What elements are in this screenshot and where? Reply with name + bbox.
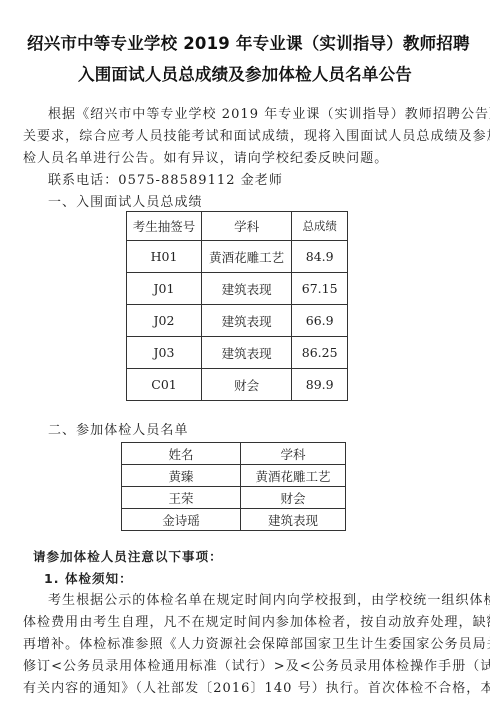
cell-score: 86.25 — [292, 337, 348, 369]
cell-subject: 建筑表现 — [202, 305, 292, 337]
cell-subject: 黄酒花雕工艺 — [240, 465, 345, 487]
header-subject: 学科 — [240, 443, 345, 465]
cell-draw-number: C01 — [127, 369, 202, 401]
cell-subject: 建筑表现 — [202, 337, 292, 369]
contact-info: 联系电话：0575-88589112 金老师 — [23, 170, 455, 192]
cell-score: 67.15 — [292, 273, 348, 305]
table-row: J03 建筑表现 86.25 — [127, 337, 348, 369]
table-row: 金诗瑶 建筑表现 — [122, 509, 346, 531]
cell-subject: 财会 — [240, 487, 345, 509]
interview-scores-table: 考生抽签号 学科 总成绩 H01 黄酒花雕工艺 84.9 J01 建筑表现 67… — [126, 211, 348, 401]
cell-score: 89.9 — [292, 369, 348, 401]
table-row: J01 建筑表现 67.15 — [127, 273, 348, 305]
header-name: 姓名 — [122, 443, 241, 465]
table-header-row: 考生抽签号 学科 总成绩 — [127, 212, 348, 241]
notice-line: 有关内容的通知》（人社部发〔2016〕140 号）执行。首次体检不合格，本人可 — [23, 678, 455, 700]
cell-draw-number: J01 — [127, 273, 202, 305]
notice-line: 体检费用由考生自理，凡不在规定时间内参加体检者，按自动放弃处理，缺额不 — [23, 612, 455, 634]
cell-subject: 黄酒花雕工艺 — [202, 241, 292, 273]
header-subject: 学科 — [202, 212, 292, 241]
notice-line: 考生根据公示的体检名单在规定时间内向学校报到，由学校统一组织体检， — [23, 590, 455, 612]
table-row: 黄臻 黄酒花雕工艺 — [122, 465, 346, 487]
cell-score: 84.9 — [292, 241, 348, 273]
intro-line: 根据《绍兴市中等专业学校 2019 年专业课（实训指导）教师招聘公告》相 — [23, 104, 455, 126]
cell-draw-number: J02 — [127, 305, 202, 337]
header-draw-number: 考生抽签号 — [127, 212, 202, 241]
intro-line: 关要求，综合应考人员技能考试和面试成绩，现将入围面试人员总成绩及参加体 — [23, 126, 455, 148]
intro-line: 检人员名单进行公告。如有异议，请向学校纪委反映问题。 — [23, 148, 455, 170]
table-row: C01 财会 89.9 — [127, 369, 348, 401]
notice-paragraph: 考生根据公示的体检名单在规定时间内向学校报到，由学校统一组织体检， 体检费用由考… — [23, 590, 455, 700]
page-title-line-1: 绍兴市中等专业学校 2019 年专业课（实训指导）教师招聘 — [27, 30, 453, 54]
medical-exam-list-table: 姓名 学科 黄臻 黄酒花雕工艺 王荣 财会 金诗瑶 建筑表现 — [121, 442, 346, 531]
cell-name: 金诗瑶 — [122, 509, 241, 531]
cell-subject: 建筑表现 — [202, 273, 292, 305]
cell-name: 黄臻 — [122, 465, 241, 487]
cell-subject: 建筑表现 — [240, 509, 345, 531]
table-row: H01 黄酒花雕工艺 84.9 — [127, 241, 348, 273]
table-row: J02 建筑表现 66.9 — [127, 305, 348, 337]
page-title-line-2: 入围面试人员总成绩及参加体检人员名单公告 — [0, 61, 490, 85]
cell-subject: 财会 — [202, 369, 292, 401]
notice-heading: 请参加体检人员注意以下事项： — [33, 546, 223, 568]
table-row: 王荣 财会 — [122, 487, 346, 509]
notice-line: 再增补。体检标准参照《人力资源社会保障部国家卫生计生委国家公务员局关于 — [23, 634, 455, 656]
section2-heading: 二、参加体检人员名单 — [48, 420, 189, 442]
header-total-score: 总成绩 — [292, 212, 348, 241]
cell-draw-number: J03 — [127, 337, 202, 369]
table-header-row: 姓名 学科 — [122, 443, 346, 465]
cell-name: 王荣 — [122, 487, 241, 509]
cell-draw-number: H01 — [127, 241, 202, 273]
notice-line: 修订<公务员录用体检通用标准（试行）>及<公务员录用体检操作手册（试行）> — [23, 656, 455, 678]
cell-score: 66.9 — [292, 305, 348, 337]
intro-paragraph: 根据《绍兴市中等专业学校 2019 年专业课（实训指导）教师招聘公告》相 关要求… — [23, 104, 455, 214]
notice-item1-title: 1. 体检须知： — [44, 568, 133, 590]
